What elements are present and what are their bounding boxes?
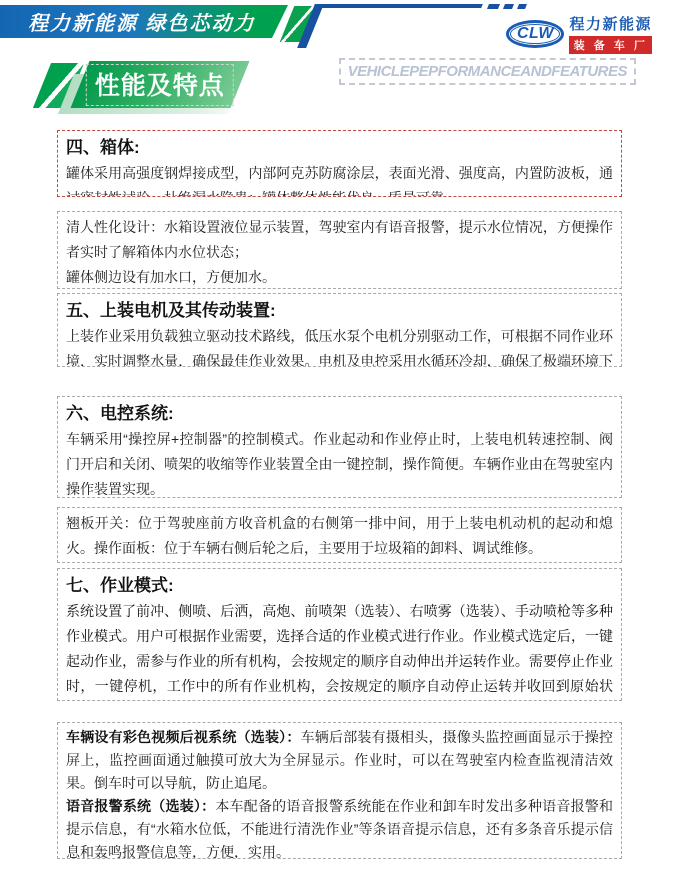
bold-lead: 车辆设有彩色视频后视系统（选装）： — [66, 729, 301, 745]
banner-slogan: 程力新能源 绿色芯动力 — [0, 7, 256, 36]
section-body: 语音报警系统（选装）：本车配备的语音报警系统能在作业和卸车时发出多种语音报警和提… — [66, 795, 613, 859]
section-box-tank: 四、箱体: 罐体采用高强度钢焊接成型，内部阿克苏防腐涂层，表面光滑、强度高，内置… — [57, 130, 622, 197]
bold-lead: 系统设置了前冲、侧喷、后洒，高炮、前喷架（选装）、右喷雾（选装）、手动喷枪等多种… — [66, 603, 613, 701]
section-box-electric-control: 六、电控系统: 车辆采用“操控屏+控制器”的控制模式。作业起动和作业停止时，上装… — [57, 396, 622, 498]
section-title: 五、上装电机及其传动装置: — [66, 297, 613, 324]
section-body: 系统设置了前冲、侧喷、后洒，高炮、前喷架（选装）、右喷雾（选装）、手动喷枪等多种… — [66, 599, 613, 701]
section-title: 七、作业模式: — [66, 572, 613, 599]
top-dash-icon — [487, 4, 500, 9]
section-title: 六、电控系统: — [66, 400, 613, 427]
section-badge-label: 性能及特点 — [86, 64, 234, 106]
top-rule-line — [319, 4, 483, 8]
clw-oval-logo-icon: CLW — [506, 20, 564, 48]
section-box-work-modes: 七、作业模式: 系统设置了前冲、侧喷、后洒，高炮、前喷架（选装）、右喷雾（选装）… — [57, 568, 622, 701]
section-en-label: VEHICLEPEPFORMANCEANDFEATURES — [339, 58, 636, 85]
brand-banner: 程力新能源 绿色芯动力 — [0, 5, 288, 38]
company-logo: CLW 程力新能源 装 备 车 厂 — [506, 13, 652, 54]
section-box-motor-drive: 五、上装电机及其传动装置: 上装作业采用负载独立驱动技术路线，低压水泵个电机分别… — [57, 293, 622, 367]
section-body: 上装作业采用负载独立驱动技术路线，低压水泵个电机分别驱动工作，可根据不同作业环境… — [66, 324, 613, 367]
section-body: 车辆设有彩色视频后视系统（选装）：车辆后部装有摄相头，摄像头监控画面显示于操控屏… — [66, 726, 613, 795]
logo-brand-sub: 装 备 车 厂 — [569, 36, 652, 54]
section-body: 车辆采用“操控屏+控制器”的控制模式。作业起动和作业停止时，上装电机转速控制、阀… — [66, 427, 613, 498]
logo-brand-name: 程力新能源 — [569, 13, 652, 34]
section-box-humanized-design: 清人性化设计：水箱设置液位显示装置，驾驶室内有语音报警，提示水位情况，方便操作者… — [57, 211, 622, 289]
bold-lead: 语音报警系统（选装）： — [66, 798, 215, 814]
section-body: 清人性化设计：水箱设置液位显示装置，驾驶室内有语音报警，提示水位情况，方便操作者… — [66, 215, 613, 265]
section-body: 罐体采用高强度钢焊接成型，内部阿克苏防腐涂层，表面光滑、强度高，内置防波板，通过… — [66, 161, 613, 197]
top-dash-icon — [503, 4, 514, 9]
section-badge: 性能及特点 — [71, 61, 250, 108]
top-dash-icon — [517, 4, 527, 9]
brochure-page: 程力新能源 绿色芯动力 CLW 程力新能源 装 备 车 厂 性能及特点 VEHI… — [0, 0, 678, 869]
section-body: 罐体侧边设有加水口，方便加水。 — [66, 265, 613, 289]
section-box-rocker-switch: 翘板开关：位于驾驶座前方收音机盒的右侧第一排中间，用于上装电机动机的起动和熄火。… — [57, 507, 622, 563]
section-box-optional-systems: 车辆设有彩色视频后视系统（选装）：车辆后部装有摄相头，摄像头监控画面显示于操控屏… — [57, 722, 622, 859]
section-title: 四、箱体: — [66, 134, 613, 161]
section-body: 翘板开关：位于驾驶座前方收音机盒的右侧第一排中间，用于上装电机动机的起动和熄火。… — [66, 511, 613, 561]
logo-text-block: 程力新能源 装 备 车 厂 — [569, 13, 652, 54]
